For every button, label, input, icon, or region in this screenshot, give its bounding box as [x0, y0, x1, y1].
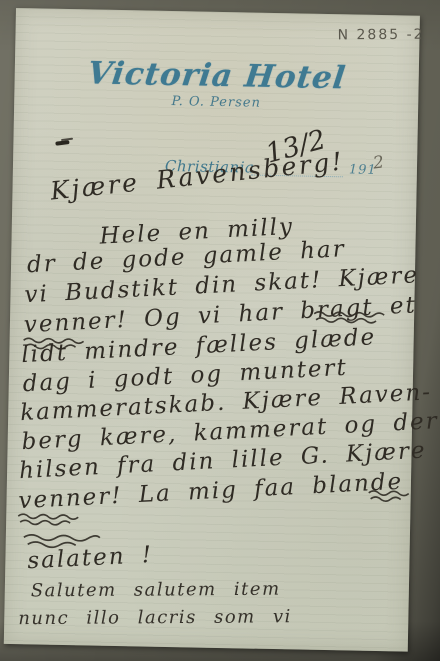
ink-flourish	[22, 532, 102, 550]
letterhead: Victoria Hotel P. O. Persen	[14, 54, 419, 114]
ink-underline	[21, 336, 87, 351]
ink-underline	[367, 489, 413, 504]
closing-line: Salutem salutem item	[31, 579, 281, 602]
archive-catalog-number: N 2885 -2	[337, 27, 424, 44]
handwritten-year-digit: 2	[372, 152, 385, 173]
ink-blot-mark	[55, 140, 69, 146]
scanned-letter-photo: { "annotation": { "catalog_number": "N 2…	[0, 0, 440, 661]
ink-underline	[312, 310, 390, 325]
letter-sheet: N 2885 -2 Victoria Hotel P. O. Persen Ch…	[4, 8, 420, 652]
closing-line: nunc illo lacris som vi	[18, 606, 292, 629]
hotel-name-text: Victoria Hotel	[86, 55, 348, 96]
ink-underline	[16, 512, 82, 527]
